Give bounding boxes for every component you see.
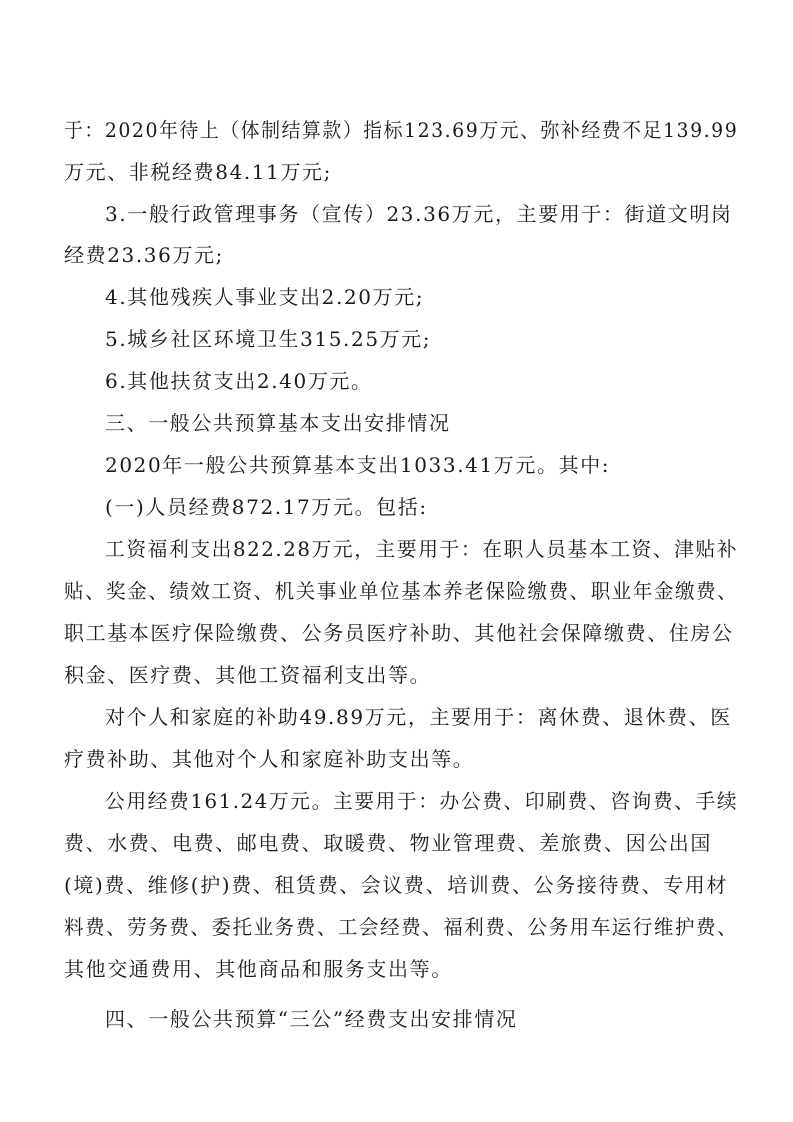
text-line-continuation: 费、水费、电费、邮电费、取暖费、物业管理费、差旅费、因公出国: [64, 831, 712, 855]
text-line-continuation: 疗费补助、其他对个人和家庭补助支出等。: [64, 747, 474, 771]
text-line-continuation: 经费23.36万元;: [64, 243, 224, 267]
section-heading-3: 三、一般公共预算基本支出安排情况: [105, 411, 451, 435]
section-heading-4: 四、一般公共预算“三公”经费支出安排情况: [105, 1007, 517, 1031]
list-item-6: 6.其他扶贫支出2.40万元。: [105, 369, 373, 393]
text-line-continuation: 贴、奖金、绩效工资、机关事业单位基本养老保险缴费、职业年金缴费、: [64, 579, 738, 603]
text-line-continuation: (境)费、维修(护)费、租赁费、会议费、培训费、公务接待费、专用材: [64, 873, 728, 897]
paragraph-public-expenses: 公用经费161.24万元。主要用于：办公费、印刷费、咨询费、手续: [105, 789, 738, 813]
text-line-continuation: 万元、非税经费84.11万元;: [64, 160, 332, 184]
paragraph-basic-expenditure: 2020年一般公共预算基本支出1033.41万元。其中:: [105, 453, 610, 477]
text-line-continuation: 职工基本医疗保险缴费、公务员医疗补助、其他社会保障缴费、住房公: [64, 621, 734, 645]
text-line-continuation: 积金、医疗费、其他工资福利支出等。: [64, 663, 431, 687]
list-item-5: 5.城乡社区环境卫生315.25万元;: [105, 327, 431, 351]
paragraph-salary-welfare: 工资福利支出822.28万元，主要用于：在职人员基本工资、津贴补: [105, 537, 738, 561]
document-page: 于：2020年待上（体制结算款）指标123.69万元、弥补经费不足139.99 …: [0, 0, 793, 1122]
text-line-continuation: 于：2020年待上（体制结算款）指标123.69万元、弥补经费不足139.99: [64, 118, 738, 142]
subheading-personnel-expenses: (一)人员经费872.17万元。包括:: [105, 495, 428, 519]
paragraph-household-subsidy: 对个人和家庭的补助49.89万元，主要用于：离休费、退休费、医: [105, 705, 732, 729]
list-item-3: 3.一般行政管理事务（宣传）23.36万元，主要用于：街道文明岗: [105, 202, 733, 226]
text-line-continuation: 料费、劳务费、委托业务费、工会经费、福利费、公务用车运行维护费、: [64, 915, 738, 939]
list-item-4: 4.其他残疾人事业支出2.20万元;: [105, 285, 424, 309]
text-line-continuation: 其他交通费用、其他商品和服务支出等。: [64, 957, 453, 981]
